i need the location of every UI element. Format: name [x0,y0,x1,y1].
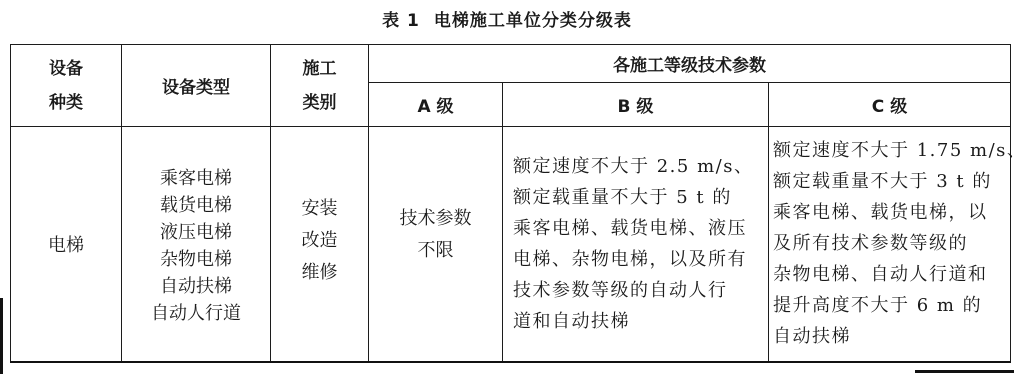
header-construction-category: 施工 类别 [271,45,369,127]
equipment-type-item: 载货电梯 [122,192,270,219]
grade-a-line: 不限 [369,235,502,267]
cell-construction-categories: 安装 改造 维修 [271,127,369,362]
cell-equipment-category: 电梯 [11,127,122,362]
equipment-type-item: 液压电梯 [122,219,270,246]
table-title: 表 1电梯施工单位分类分级表 [0,6,1014,31]
construction-category-item: 改造 [271,225,368,257]
grade-b-line: 道和自动扶梯 [513,306,762,337]
table-row: 电梯 乘客电梯 载货电梯 液压电梯 杂物电梯 自动扶梯 自动人行道 安装 改造 … [11,127,1011,362]
header-line: 种类 [11,86,121,120]
grade-b-line: 额定速度不大于 2.5 m/s、 [513,151,762,182]
grade-b-line: 电梯、杂物电梯，以及所有 [513,244,762,275]
equipment-type-item: 杂物电梯 [122,246,270,273]
grade-c-line: 自动扶梯 [773,321,1004,352]
grade-c-line: 杂物电梯、自动人行道和 [773,259,1004,290]
header-equipment-type: 设备类型 [122,45,271,127]
equipment-type-item: 自动人行道 [122,300,270,327]
header-line: 施工 [271,52,368,86]
grade-c-line: 提升高度不大于 6 m 的 [773,290,1004,321]
grade-b-line: 乘客电梯、载货电梯、液压 [513,213,762,244]
table-caption: 电梯施工单位分类分级表 [434,11,632,31]
grade-b-line: 额定载重量不大于 5 t 的 [513,182,762,213]
cell-grade-a: 技术参数 不限 [369,127,503,362]
scan-edge-artifact [0,298,3,374]
equipment-type-item: 自动扶梯 [122,273,270,300]
grade-c-line: 额定载重量不大于 3 t 的 [773,166,1004,197]
equipment-type-item: 乘客电梯 [122,165,270,192]
elevator-classification-table: 设备 种类 设备类型 施工 类别 各施工等级技术参数 A 级 B 级 C 级 电… [10,44,1011,363]
header-line: 设备 [11,52,121,86]
header-line: 类别 [271,86,368,120]
header-grade-b: B 级 [503,83,769,127]
grade-c-line: 乘客电梯、载货电梯，以 [773,197,1004,228]
header-equipment-category: 设备 种类 [11,45,122,127]
table-number: 表 1 [382,11,420,31]
cell-grade-c: 额定速度不大于 1.75 m/s、 额定载重量不大于 3 t 的 乘客电梯、载货… [769,127,1011,362]
header-grade-c: C 级 [769,83,1011,127]
cell-grade-b: 额定速度不大于 2.5 m/s、 额定载重量不大于 5 t 的 乘客电梯、载货电… [503,127,769,362]
header-grade-a: A 级 [369,83,503,127]
grade-a-line: 技术参数 [369,203,502,235]
grade-b-line: 技术参数等级的自动人行 [513,275,762,306]
construction-category-item: 安装 [271,193,368,225]
grade-c-line: 及所有技术参数等级的 [773,228,1004,259]
cell-equipment-types: 乘客电梯 载货电梯 液压电梯 杂物电梯 自动扶梯 自动人行道 [122,127,271,362]
grade-c-line: 额定速度不大于 1.75 m/s、 [773,135,1004,166]
construction-category-item: 维修 [271,257,368,289]
header-tech-params: 各施工等级技术参数 [369,45,1011,83]
scan-bottom-artifact [915,370,1014,373]
